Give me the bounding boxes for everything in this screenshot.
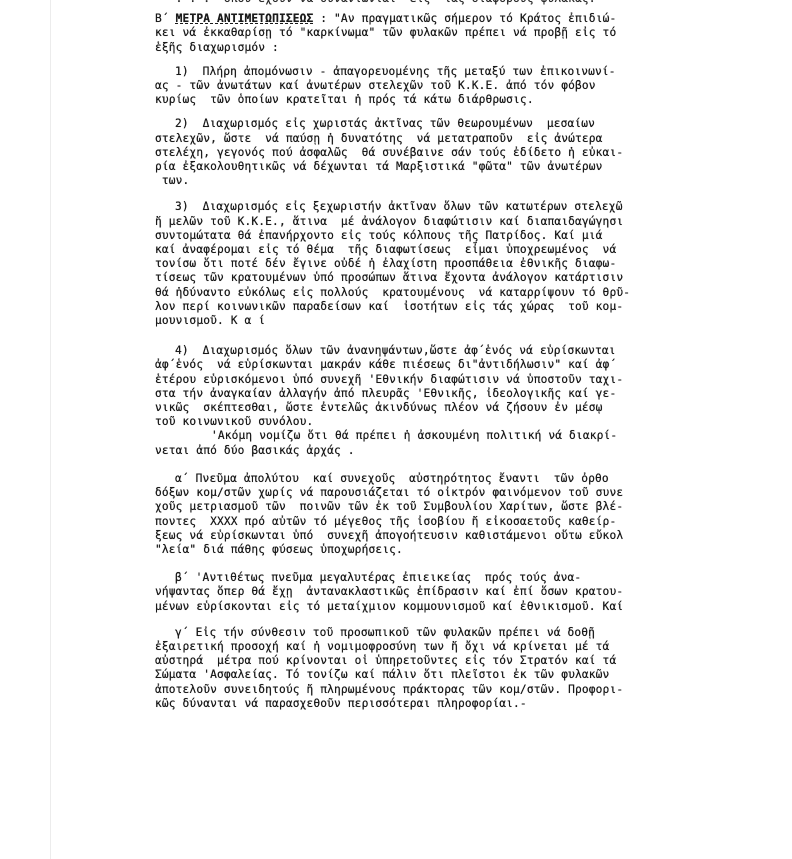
item-text: Διαχωρισμός εἰς ξεχωριστήν ἀκτῖναν ὅλων … [203,200,623,213]
item-first-line: 1) Πλήρη ἀπομόνωσιν - ἀπαγορευομένης τῆς… [155,65,735,79]
item-number: 2) [175,117,189,130]
item-first-line: 3) Διαχωρισμός εἰς ξεχωριστήν ἀκτῖναν ὅλ… [155,200,735,214]
item-4: 4) Διαχωρισμός ὅλων τῶν ἀνανηψάντων,ὥστε… [155,344,735,429]
item-2: 2) Διαχωρισμός εἰς χωριστάς ἀκτῖνας τῶν … [155,117,735,188]
principle-marker: β΄ [175,571,189,584]
item-number: 4) [175,344,189,357]
principle-text: Πνεῦμα ἀπολύτου καί συνεχοῦς αὐστηρότητο… [196,472,609,485]
item-line: ἤ μελῶν τοῦ Κ.Κ.Ε., ἅτινα μέ ἀνάλογον δι… [155,215,735,229]
intro-line: 'Ακόμη νομίζω ὅτι θά πρέπει ἡ ἀσκουμένη … [155,429,735,443]
principle-marker: γ΄ [175,626,189,639]
principle-line: αὐστηρά μέτρα πού κρίνονται οἱ ὑπηρετοῦν… [155,654,735,668]
item-line: στα τήν ἀναγκαίαν ἀλλαγήν ἀπό πλευρᾶς 'Ε… [155,387,735,401]
principle-first-line: γ΄ Εἰς τήν σύνθεσιν τοῦ προσωπικοῦ τῶν φ… [155,626,735,640]
item-number: 1) [175,65,189,78]
section-heading: ΜΕΤΡΑ ΑΝΤΙΜΕΤΩΠΙΣΕΩΣ [176,12,314,25]
principle-b: β΄ 'Αντιθέτως πνεῦμα μεγαλυτέρας ἐπιεικε… [155,571,735,614]
principle-line: ποντες ΧΧΧΧ πρό αὐτῶν τό μέγεθος τῆς ἰσο… [155,515,735,529]
principle-line: ξεως νά εὑρίσκωνται ὑπό συνεχῆ ἀπογοήτευ… [155,529,735,543]
item-line: τονίσω ὅτι ποτέ δέν ἔγινε οὐδέ ἡ ἐλαχίστ… [155,257,735,271]
section-b: Β΄ ΜΕΤΡΑ ΑΝΤΙΜΕΤΩΠΙΣΕΩΣ : "Αν πραγματικῶ… [155,12,735,55]
item-first-line: 2) Διαχωρισμός εἰς χωριστάς ἀκτῖνας τῶν … [155,117,735,131]
item-line: ας - τῶν ἀνωτάτων καί ἀνωτέρων στελεχῶν … [155,79,735,93]
principle-a: α΄ Πνεῦμα ἀπολύτου καί συνεχοῦς αὐστηρότ… [155,472,735,557]
section-b-line: κει νά ἐκκαθαρίσῃ τό "καρκίνωμα" τῶν φυλ… [155,26,735,40]
cut-off-top-line: . . . ὅπου ἔχουν νά συναντῶνται εἰς τάς … [155,0,735,6]
principle-line: "λεία" διά πάθης φύσεως ὑποχωρήσεις. [155,543,735,557]
item-line: ἀφ΄ἑνός νά εὑρίσκωνται μακράν κάθε πιέσε… [155,358,735,372]
item-text: Διαχωρισμός εἰς χωριστάς ἀκτῖνας τῶν θεω… [203,117,595,130]
principle-first-line: α΄ Πνεῦμα ἀπολύτου καί συνεχοῦς αὐστηρότ… [155,472,735,486]
principle-line: ἐξαιρετική προσοχή καί ἡ νομιμοφροσύνη τ… [155,640,735,654]
principle-line: νήψαντας ὅπερ θά ἔχῃ ἀντανακλαστικῶς ἐπί… [155,585,735,599]
item-number: 3) [175,200,189,213]
principle-line: δόξων κομ/στῶν χωρίς νά παρουσιάζεται τό… [155,486,735,500]
item-text: Πλήρη ἀπομόνωσιν - ἀπαγορευομένης τῆς με… [203,65,616,78]
principle-line: μένων εὑρίσκονται εἰς τό μεταίχμιον κομμ… [155,600,735,614]
section-b-heading-line: Β΄ ΜΕΤΡΑ ΑΝΤΙΜΕΤΩΠΙΣΕΩΣ : "Αν πραγματικῶ… [155,12,735,26]
item-text: Διαχωρισμός ὅλων τῶν ἀνανηψάντων,ὥστε ἀφ… [203,344,616,357]
item-line: ρία ἐξακολουθητικῶς νά δέχωνται τά Μαρξι… [155,160,735,174]
item-line: θά ἠδύναντο εὐκόλως εἰς πολλούς κρατουμέ… [155,286,735,300]
principle-line: χοῦς μετριασμοῦ τῶν ποινῶν τῶν ἐκ τοῦ Συ… [155,500,735,514]
typewritten-document: . . . ὅπου ἔχουν νά συναντῶνται εἰς τάς … [155,0,735,711]
principles-intro: 'Ακόμη νομίζω ὅτι θά πρέπει ἡ ἀσκουμένη … [155,429,735,457]
item-line: στελεχῶν, ὥστε νά παύσῃ ἡ δυνατότης νά μ… [155,132,735,146]
item-line: στελέχη, γεγονός πού ἀσφαλῶς θά συνέβαιν… [155,146,735,160]
principle-line: κῶς δύνανται νά παρασχεθοῦν περισσότεραι… [155,697,735,711]
intro-line: νεται ἀπό δύο βασικάς ἀρχάς . [155,444,735,458]
item-line: των. [155,174,735,188]
item-3: 3) Διαχωρισμός εἰς ξεχωριστήν ἀκτῖναν ὅλ… [155,200,735,328]
item-1: 1) Πλήρη ἀπομόνωσιν - ἀπαγορευομένης τῆς… [155,65,735,108]
section-b-line: ἑξῆς διαχωρισμόν : [155,41,735,55]
principle-c: γ΄ Εἰς τήν σύνθεσιν τοῦ προσωπικοῦ τῶν φ… [155,626,735,711]
item-line: μουνισμοῦ. Κ α ί [155,314,735,328]
item-line: τίσεως τῶν κρατουμένων ὑπό προσώπων ἅτιν… [155,271,735,285]
item-line: τοῦ κοινωνικοῦ συνόλου. [155,415,735,429]
principle-line: Σώματα 'Ασφαλείας. Τό τονίζω καί πάλιν ὅ… [155,668,735,682]
item-line: λον περί κοινωνικῶν παραδείσων καί ἰσοτή… [155,300,735,314]
item-line: κυρίως τῶν ὁποίων κρατεῖται ἡ πρός τά κά… [155,93,735,107]
item-line: καί ἀναφέρομαι εἰς τό θέμα τῆς διαφωτίσε… [155,243,735,257]
scan-page-edge [50,0,51,859]
principle-first-line: β΄ 'Αντιθέτως πνεῦμα μεγαλυτέρας ἐπιεικε… [155,571,735,585]
principle-text: Εἰς τήν σύνθεσιν τοῦ προσωπικοῦ τῶν φυλα… [196,626,595,639]
item-line: νικῶς σκέπτεσθαι, ὥστε ἐντελῶς ἀκινδύνως… [155,401,735,415]
principle-text: 'Αντιθέτως πνεῦμα μεγαλυτέρας ἐπιεικείας… [196,571,582,584]
principle-line: ἀποτελοῦν συνειδητούς ἤ πληρωμένους πράκ… [155,683,735,697]
principle-marker: α΄ [175,472,189,485]
section-marker: Β΄ [155,12,169,25]
item-first-line: 4) Διαχωρισμός ὅλων τῶν ἀνανηψάντων,ὥστε… [155,344,735,358]
section-b-line: : "Αν πραγματικῶς σήμερον τό Κράτος ἐπιδ… [313,12,616,25]
item-line: συντομώτατα θά ἐπανήρχοντο εἰς τούς κόλπ… [155,229,735,243]
item-line: ἑτέρου εὑρισκόμενοι ὑπό συνεχῆ 'Εθνικήν … [155,373,735,387]
